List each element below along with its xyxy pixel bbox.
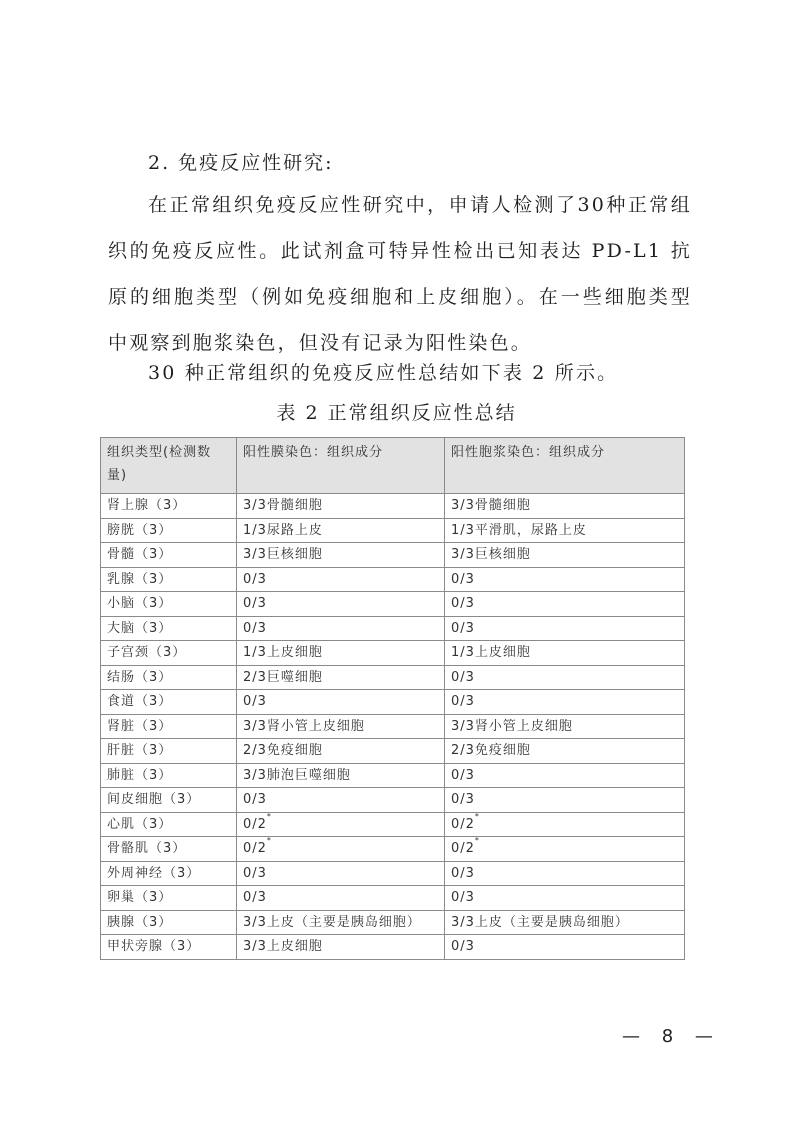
cell-membrane: 0/3 [237, 616, 445, 641]
cell-membrane: 0/2* [237, 812, 445, 837]
cell-cytoplasm: 3/3骨髓细胞 [445, 494, 685, 519]
cell-membrane: 0/3 [237, 567, 445, 592]
body-paragraph: 30 种正常组织的免疫反应性总结如下表 2 所示。 [108, 350, 692, 396]
table-row: 卵巢（3）0/30/3 [101, 886, 685, 911]
cell-cytoplasm: 0/3 [445, 690, 685, 715]
cell-cytoplasm: 0/3 [445, 788, 685, 813]
table-row: 外周神经（3）0/30/3 [101, 861, 685, 886]
cell-tissue: 乳腺（3） [101, 567, 237, 592]
cell-membrane: 0/3 [237, 690, 445, 715]
table-row: 大脑（3）0/30/3 [101, 616, 685, 641]
cell-membrane: 2/3巨噬细胞 [237, 665, 445, 690]
cell-membrane: 0/3 [237, 886, 445, 911]
table-row: 结肠（3）2/3巨噬细胞0/3 [101, 665, 685, 690]
cell-tissue: 肾脏（3） [101, 714, 237, 739]
section-heading: 2. 免疫反应性研究: [148, 146, 334, 180]
table-body: 肾上腺（3）3/3骨髓细胞3/3骨髓细胞膀胱（3）1/3尿路上皮1/3平滑肌，尿… [101, 494, 685, 960]
cell-cytoplasm: 0/3 [445, 763, 685, 788]
tissue-reactivity-table: 组织类型(检测数量) 阳性膜染色：组织成分 阳性胞浆染色：组织成分 肾上腺（3）… [100, 437, 685, 960]
cell-tissue: 肝脏（3） [101, 739, 237, 764]
cell-cytoplasm: 0/3 [445, 665, 685, 690]
cell-membrane: 3/3肺泡巨噬细胞 [237, 763, 445, 788]
cell-tissue: 结肠（3） [101, 665, 237, 690]
cell-cytoplasm: 3/3肾小管上皮细胞 [445, 714, 685, 739]
cell-cytoplasm: 0/3 [445, 592, 685, 617]
table-caption: 表 2 正常组织反应性总结 [0, 398, 793, 428]
cell-tissue: 大脑（3） [101, 616, 237, 641]
cell-tissue: 肺脏（3） [101, 763, 237, 788]
cell-cytoplasm: 0/2* [445, 812, 685, 837]
table-header-row: 组织类型(检测数量) 阳性膜染色：组织成分 阳性胞浆染色：组织成分 [101, 438, 685, 494]
cell-membrane: 3/3肾小管上皮细胞 [237, 714, 445, 739]
cell-tissue: 膀胱（3） [101, 518, 237, 543]
cell-tissue: 卵巢（3） [101, 886, 237, 911]
column-header-tissue: 组织类型(检测数量) [101, 438, 237, 494]
cell-cytoplasm: 0/3 [445, 567, 685, 592]
cell-membrane: 0/3 [237, 861, 445, 886]
cell-cytoplasm: 3/3巨核细胞 [445, 543, 685, 568]
cell-tissue: 骨髓（3） [101, 543, 237, 568]
cell-membrane: 0/3 [237, 592, 445, 617]
cell-cytoplasm: 0/3 [445, 935, 685, 960]
cell-tissue: 骨骼肌（3） [101, 837, 237, 862]
table-row: 小脑（3）0/30/3 [101, 592, 685, 617]
table-row: 肾上腺（3）3/3骨髓细胞3/3骨髓细胞 [101, 494, 685, 519]
cell-tissue: 小脑（3） [101, 592, 237, 617]
cell-membrane: 0/3 [237, 788, 445, 813]
cell-membrane: 1/3上皮细胞 [237, 641, 445, 666]
cell-tissue: 间皮细胞（3） [101, 788, 237, 813]
table-row: 膀胱（3）1/3尿路上皮1/3平滑肌，尿路上皮 [101, 518, 685, 543]
cell-membrane: 1/3尿路上皮 [237, 518, 445, 543]
cell-tissue: 子宫颈（3） [101, 641, 237, 666]
table-row: 心肌（3）0/2*0/2* [101, 812, 685, 837]
cell-cytoplasm: 3/3上皮（主要是胰岛细胞） [445, 910, 685, 935]
cell-cytoplasm: 1/3平滑肌，尿路上皮 [445, 518, 685, 543]
cell-membrane: 3/3上皮细胞 [237, 935, 445, 960]
table-row: 肺脏（3）3/3肺泡巨噬细胞0/3 [101, 763, 685, 788]
table-row: 甲状旁腺（3）3/3上皮细胞0/3 [101, 935, 685, 960]
table-row: 食道（3）0/30/3 [101, 690, 685, 715]
cell-tissue: 食道（3） [101, 690, 237, 715]
table-row: 骨骼肌（3）0/2*0/2* [101, 837, 685, 862]
column-header-membrane: 阳性膜染色：组织成分 [237, 438, 445, 494]
cell-membrane: 0/2* [237, 837, 445, 862]
cell-cytoplasm: 0/3 [445, 886, 685, 911]
cell-cytoplasm: 0/2* [445, 837, 685, 862]
table-row: 间皮细胞（3）0/30/3 [101, 788, 685, 813]
cell-membrane: 3/3上皮（主要是胰岛细胞） [237, 910, 445, 935]
table-row: 乳腺（3）0/30/3 [101, 567, 685, 592]
cell-tissue: 肾上腺（3） [101, 494, 237, 519]
page-number: — 8 — [622, 1026, 721, 1047]
body-paragraph: 在正常组织免疫反应性研究中，申请人检测了30种正常组织的免疫反应性。此试剂盒可特… [108, 182, 692, 366]
cell-tissue: 外周神经（3） [101, 861, 237, 886]
cell-tissue: 甲状旁腺（3） [101, 935, 237, 960]
cell-membrane: 2/3免疫细胞 [237, 739, 445, 764]
table-row: 骨髓（3）3/3巨核细胞3/3巨核细胞 [101, 543, 685, 568]
cell-tissue: 胰腺（3） [101, 910, 237, 935]
cell-tissue: 心肌（3） [101, 812, 237, 837]
cell-cytoplasm: 1/3上皮细胞 [445, 641, 685, 666]
cell-membrane: 3/3巨核细胞 [237, 543, 445, 568]
cell-cytoplasm: 0/3 [445, 861, 685, 886]
cell-cytoplasm: 2/3免疫细胞 [445, 739, 685, 764]
table-row: 肝脏（3）2/3免疫细胞2/3免疫细胞 [101, 739, 685, 764]
document-page: 2. 免疫反应性研究: 在正常组织免疫反应性研究中，申请人检测了30种正常组织的… [0, 0, 793, 1122]
cell-membrane: 3/3骨髓细胞 [237, 494, 445, 519]
table-row: 胰腺（3）3/3上皮（主要是胰岛细胞）3/3上皮（主要是胰岛细胞） [101, 910, 685, 935]
table-row: 子宫颈（3）1/3上皮细胞1/3上皮细胞 [101, 641, 685, 666]
table-row: 肾脏（3）3/3肾小管上皮细胞3/3肾小管上皮细胞 [101, 714, 685, 739]
column-header-cytoplasm: 阳性胞浆染色：组织成分 [445, 438, 685, 494]
cell-cytoplasm: 0/3 [445, 616, 685, 641]
